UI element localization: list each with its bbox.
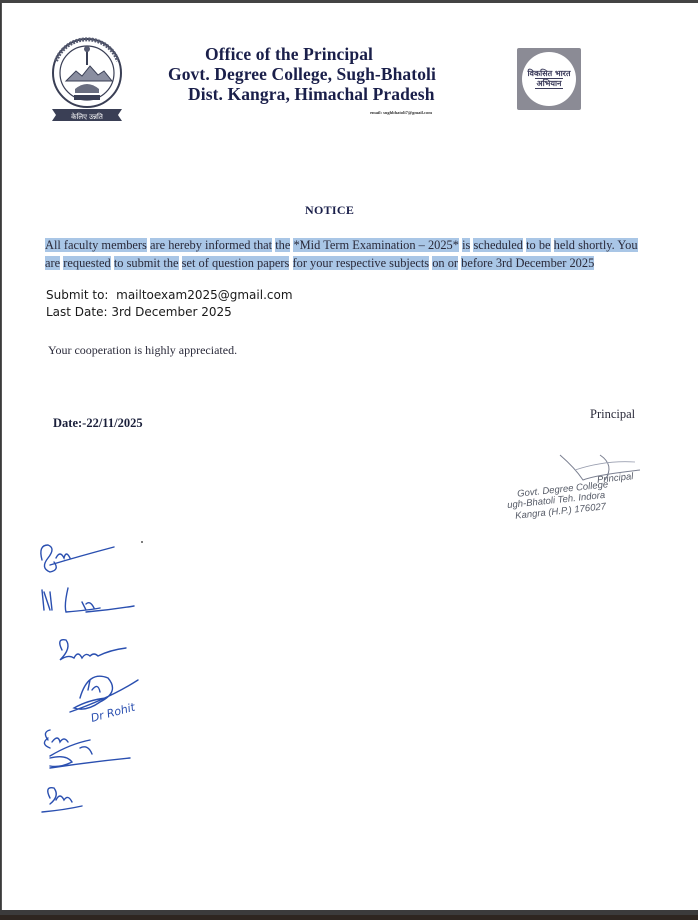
selected-text-run: on or: [432, 256, 458, 270]
selected-text-run: requested: [63, 256, 110, 270]
selected-text-run: are hereby informed that: [150, 238, 272, 252]
header-office-title: Office of the Principal: [205, 44, 373, 65]
submit-to-email[interactable]: mailtoexam2025@gmail.com: [116, 288, 292, 302]
selected-text-run: All faculty members: [45, 238, 147, 252]
selected-text-run: to be: [526, 238, 550, 252]
closing-text: Your cooperation is highly appreciated.: [48, 343, 237, 358]
logo-text-line1: विकसित भारत: [527, 69, 570, 78]
submit-to-label: Submit to:: [46, 288, 108, 302]
selected-text-run: to submit the: [114, 256, 179, 270]
submit-to-line: Submit to: mailtoexam2025@gmail.com: [46, 288, 293, 302]
svg-text:केलिए उन्नति: केलिए उन्नति: [71, 112, 104, 121]
last-date-value: 3rd December 2025: [111, 305, 231, 317]
college-emblem-icon: केलिए उन्नति: [42, 33, 132, 125]
header-district: Dist. Kangra, Himachal Pradesh: [188, 84, 435, 105]
header-college-name: Govt. Degree College, Sugh-Bhatoli: [168, 64, 436, 85]
selected-text-run: the: [275, 238, 290, 252]
last-date-label: Last Date:: [46, 305, 108, 317]
last-date-line: Last Date: 3rd December 2025: [46, 305, 232, 317]
notice-paragraph[interactable]: All faculty members are hereby informed …: [45, 236, 655, 272]
notice-title: NOTICE: [305, 203, 354, 218]
selected-text-run: set of question papers: [182, 256, 290, 270]
header-email: email: sughbhatoli7@gmail.com: [370, 110, 432, 115]
window-bottom-bar: [0, 910, 698, 920]
selected-text-run: before 3rd December 2025: [461, 256, 594, 270]
notice-date: Date:-22/11/2025: [53, 416, 143, 431]
selected-text-run: for your respective subjects: [293, 256, 430, 270]
logo-text-line2: अभियान: [535, 78, 564, 89]
principal-stamp: Principal Govt. Degree College ugh-Bhato…: [505, 455, 655, 525]
selected-text-run: scheduled: [473, 238, 523, 252]
viksit-bharat-logo: विकसित भारत अभियान: [517, 48, 581, 110]
faculty-signatures: Dr Rohit: [30, 530, 190, 830]
selected-text-run: *Mid Term Examination – 2025*: [293, 238, 458, 252]
signatory-label: Principal: [590, 407, 635, 422]
